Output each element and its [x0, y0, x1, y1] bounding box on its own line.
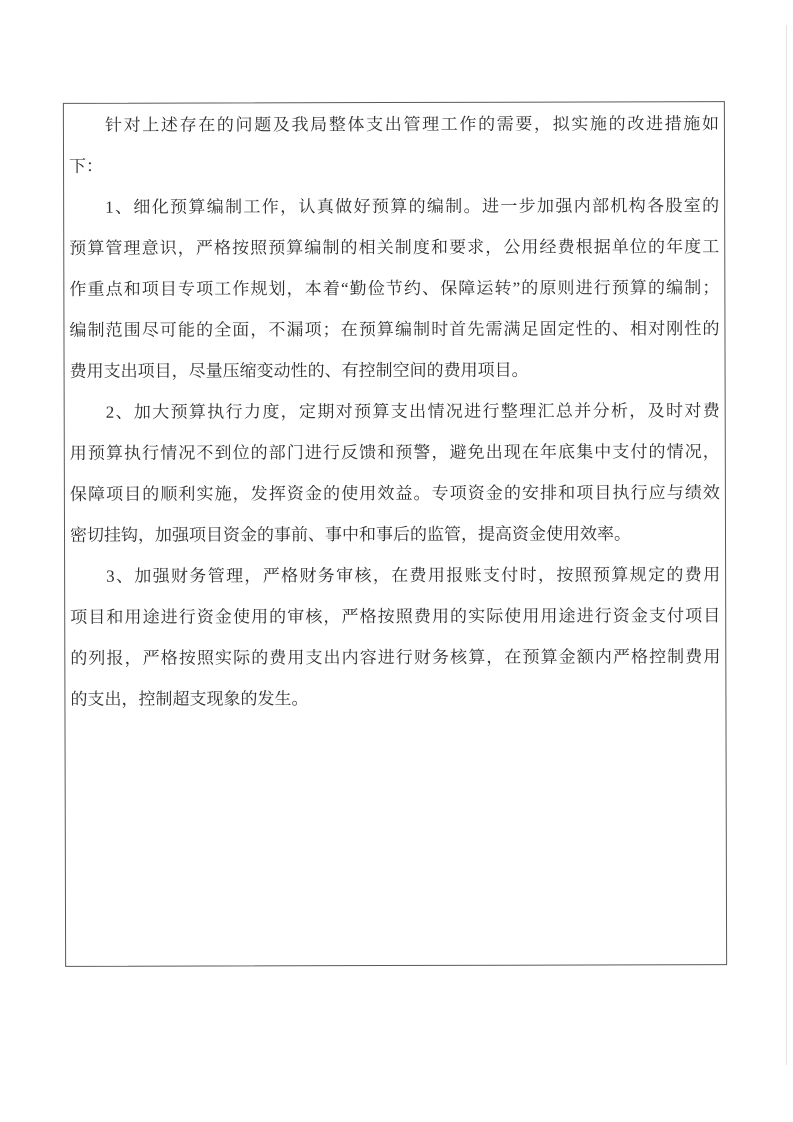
text-line: 作重点和项目专项工作规划，本着“勤俭节约、保障运转”的原则进行预算的编制；: [69, 267, 719, 310]
text-line: 密切挂钩，加强项目资金的事前、事中和事后的监管，提高资金使用效率。: [70, 513, 720, 556]
document-text: 针对上述存在的问题及我局整体支出管理工作的需要，拟实施的改进措施如下：1、细化预…: [64, 102, 726, 720]
text-line: 3、加强财务管理，严格财务审核，在费用报账支付时，按照预算规定的费用: [70, 554, 720, 597]
scan-artifact-line: [786, 25, 787, 1065]
text-border-box: 针对上述存在的问题及我局整体支出管理工作的需要，拟实施的改进措施如下：1、细化预…: [63, 101, 727, 967]
text-line: 预算管理意识，严格按照预算编制的相关制度和要求，公用经费根据单位的年度工: [69, 226, 719, 269]
text-line: 针对上述存在的问题及我局整体支出管理工作的需要，拟实施的改进措施如: [69, 103, 719, 146]
text-line: 下：: [69, 144, 719, 187]
text-line: 的列报，严格按照实际的费用支出内容进行财务核算，在预算金额内严格控制费用: [70, 636, 720, 679]
text-line: 用预算执行情况不到位的部门进行反馈和预警，避免出现在年底集中支付的情况，: [70, 431, 720, 474]
text-line: 1、细化预算编制工作，认真做好预算的编制。进一步加强内部机构各股室的: [69, 185, 719, 228]
text-line: 项目和用途进行资金使用的审核，严格按照费用的实际使用用途进行资金支付项目: [70, 595, 720, 638]
text-line: 编制范围尽可能的全面，不漏项；在预算编制时首先需满足固定性的、相对刚性的: [69, 308, 719, 351]
scanned-document-page: 针对上述存在的问题及我局整体支出管理工作的需要，拟实施的改进措施如下：1、细化预…: [0, 0, 793, 1122]
text-line: 2、加大预算执行力度，定期对预算支出情况进行整理汇总并分析，及时对费: [70, 390, 720, 433]
text-line: 的支出，控制超支现象的发生。: [70, 677, 720, 720]
text-line: 保障项目的顺利实施，发挥资金的使用效益。专项资金的安排和项目执行应与绩效: [70, 472, 720, 515]
text-line: 费用支出项目，尽量压缩变动性的、有控制空间的费用项目。: [70, 349, 720, 392]
